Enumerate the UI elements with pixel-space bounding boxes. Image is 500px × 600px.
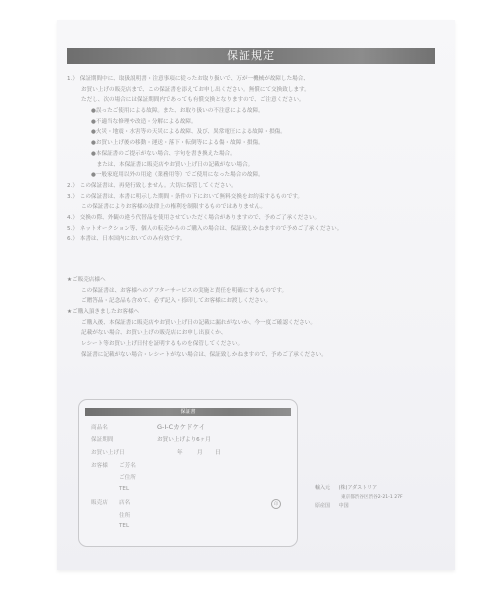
document-title: 保証規定 [67, 48, 435, 64]
clause-3-line-1: 3.） この保証書は、本書に明示した期間・条件の下において無料交換をお約束するも… [67, 192, 447, 203]
warranty-clauses: 1.） 保証期間中に、取扱説明書・注意事項に従ったお取り扱いで、万が一機械が故障… [67, 74, 447, 245]
product-value: G-I-Cカケドケイ [157, 422, 205, 431]
date-year: 年 [177, 448, 183, 456]
note-line: レシート等お買い上げ日付を証明するものを保管してください。 [67, 339, 447, 350]
period-label: 保証期間 [91, 435, 113, 443]
customer-address-label: ご住所 [119, 473, 136, 481]
clause-text: 本書は、日本国内においてのみ有効です。 [80, 236, 186, 242]
clause-number: 4.） [67, 215, 78, 221]
clause-3-line-2: この保証書によりお客様の法律上の権利を制限するものではありません。 [67, 202, 447, 213]
note-line: ご贈答品・記念品も含めて、必ず記入・捺印してお客様にお渡しください。 [67, 296, 447, 307]
clause-2: 2.） この保証書は、再発行致しません。大切に保管してください。 [67, 181, 447, 192]
store-address-label: 住所 [119, 511, 130, 519]
warranty-card: 保証書 商品名 G-I-Cカケドケイ 保証期間 お買い上げより6ヶ月 お買い上げ… [78, 399, 298, 547]
product-label: 商品名 [91, 423, 108, 431]
clause-number: 1.） [67, 76, 78, 82]
seal-icon: 印 [271, 499, 281, 509]
purchase-date-label: お買い上げ日 [91, 448, 125, 456]
clause-text: この保証書は、本書に明示した期間・条件の下において無料交換をお約束するものです。 [80, 194, 303, 200]
note-line: 記載がない場合、お買い上げの販売店にお申し出頂くか、 [67, 328, 447, 339]
clause-1-bullet: ●お買い上げ後の移動・運送・落下・転倒等による傷・故障・損傷。 [67, 138, 447, 149]
clause-6: 6.） 本書は、日本国内においてのみ有効です。 [67, 234, 447, 245]
importer-info: 輸入元 (株)アダストリア 東京都渋谷区渋谷2-21-1 27F 原産国 中国 [315, 484, 403, 511]
clause-text: ネットオークション等、個人の転売からのご購入の場合は、保証致しかねますので予めご… [80, 226, 343, 232]
clause-number: 2.） [67, 183, 78, 189]
note-heading-customer: ★ご購入頂きましたお客様へ [67, 307, 447, 318]
customer-tel-label: TEL [119, 486, 129, 492]
warranty-card-title: 保証書 [85, 408, 291, 416]
note-line: この保証書は、お客様へのアフターサービスの実施と責任を明確にするものです。 [67, 286, 447, 297]
clause-number: 5.） [67, 226, 78, 232]
clause-5: 5.） ネットオークション等、個人の転売からのご購入の場合は、保証致しかねますの… [67, 224, 447, 235]
clause-1-line-1: 1.） 保証期間中に、取扱説明書・注意事項に従ったお取り扱いで、万が一機械が故障… [67, 74, 447, 85]
date-month: 月 [197, 448, 203, 456]
clause-4: 4.） 交換の際、外観の違う代替品を使用させていただく場合がありますので、予めご… [67, 213, 447, 224]
clause-1-bullet: ●不適当な修理や改造・分解による故障。 [67, 117, 447, 128]
clause-1-bullet: ●本保証書のご提示がない場合、字句を書き換えた場合。 [67, 149, 447, 160]
clause-1-bullet: ●誤ったご使用による故障。また、お取り扱いの不注意による故障。 [67, 106, 447, 117]
importer-label: 輸入元 [315, 484, 337, 493]
clause-1-bullet: ●火災・地震・水害等の天災による故障、及び、異常電圧による故障・損傷。 [67, 127, 447, 138]
store-name-label: 店名 [119, 498, 130, 506]
date-day: 日 [215, 448, 221, 456]
clause-1-line-3: ただし、次の場合には保証期間内であっても有償交換となりますので、ご注意ください。 [67, 95, 447, 106]
importer-address: 東京都渋谷区渋谷2-21-1 27F [315, 493, 403, 502]
store-tel-label: TEL [119, 523, 129, 529]
note-heading-retailer: ★ご販売店様へ [67, 275, 447, 286]
period-value: お買い上げより6ヶ月 [157, 435, 211, 443]
clause-1-bullet: ●一般家庭用以外の用途（業務用等）でご使用になった場合の故障。 [67, 170, 447, 181]
note-line: ご購入後、本保証書に販売店やお買い上げ日の記載に漏れがないか、今一度ご確認くださ… [67, 318, 447, 329]
origin-label: 原産国 [315, 502, 337, 511]
clause-number: 6.） [67, 236, 78, 242]
importer-name: (株)アダストリア [339, 485, 378, 491]
store-label: 販売店 [91, 498, 108, 506]
importer-row: 輸入元 (株)アダストリア [315, 484, 403, 493]
origin-row: 原産国 中国 [315, 502, 403, 511]
clause-text: 保証期間中に、取扱説明書・注意事項に従ったお取り扱いで、万が一機械が故障した場合… [80, 76, 309, 82]
clause-1-bullet: または、本保証書に販売店やお買い上げ日の記載がない場合。 [67, 160, 447, 171]
customer-label: お客様 [91, 461, 108, 469]
notes-section: ★ご販売店様へ この保証書は、お客様へのアフターサービスの実施と責任を明確にする… [67, 275, 447, 361]
customer-name-label: ご芳名 [119, 461, 136, 469]
clause-number: 3.） [67, 194, 78, 200]
warranty-sheet: 保証規定 1.） 保証期間中に、取扱説明書・注意事項に従ったお取り扱いで、万が一… [57, 20, 455, 570]
origin-value: 中国 [339, 503, 349, 509]
clause-text: この保証書は、再発行致しません。大切に保管してください。 [80, 183, 237, 189]
note-line: 保証書に記載がない場合・レシートがない場合は、保証致しかねますので、予めご了承く… [67, 350, 447, 361]
clause-text: 交換の際、外観の違う代替品を使用させていただく場合がありますので、予めご了承くだ… [80, 215, 320, 221]
clause-1-line-2: お買い上げの販売店まで、この保証書を添えてお申し出ください。無償にて交換致します… [67, 85, 447, 96]
